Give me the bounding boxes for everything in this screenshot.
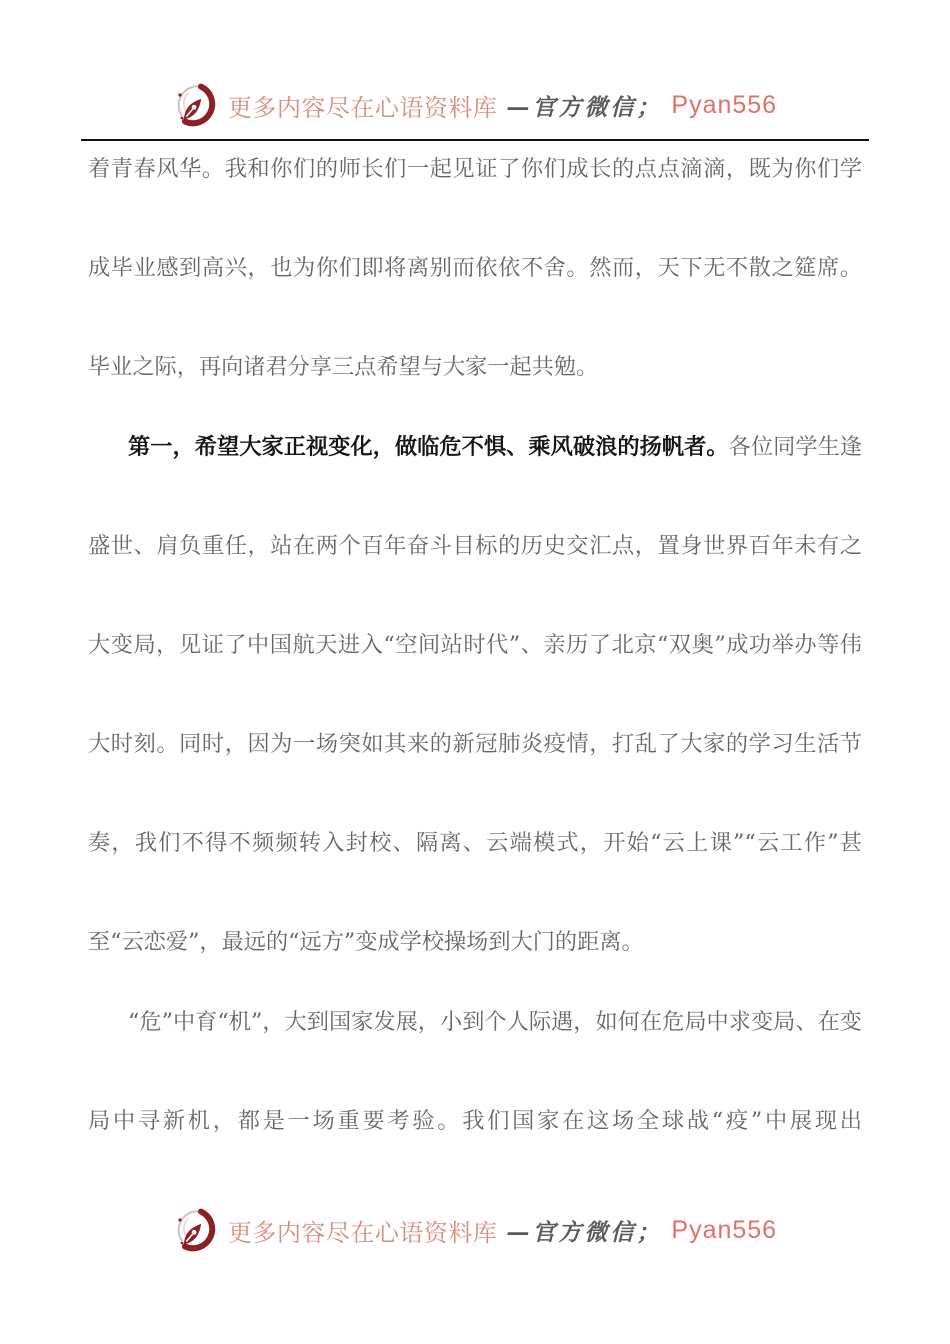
page-footer: 更多内容尽在心语资料库 —官方微信； Pyan556 — [0, 1205, 950, 1255]
paragraph: 着青春风华。我和你们的师长们一起见证了你们成长的点点滴滴，既为你们学成毕业感到高… — [88, 120, 862, 417]
official-wechat-label: —官方微信； — [506, 89, 662, 122]
text-run-bold: 第一，希望大家正视变化，做临危不惧、乘风破浪的扬帆者。 — [128, 434, 729, 460]
brand-text: 更多内容尽在心语资料库 — [228, 1213, 498, 1248]
wechat-id: Pyan556 — [671, 91, 777, 120]
official-wechat-label: —官方微信； — [506, 1214, 662, 1247]
paragraph: “危”中育“机”，大到国家发展，小到个人际遇，如何在危局中求变局、在变局中寻新机… — [88, 973, 862, 1171]
pen-nib-logo-icon — [173, 1207, 219, 1253]
text-run: “危”中育“机”，大到国家发展，小到个人际遇，如何在危局中求变局、在变局中寻新机… — [88, 1009, 862, 1134]
text-run: 着青春风华。我和你们的师长们一起见证了你们成长的点点滴滴，既为你们学成毕业感到高… — [88, 156, 862, 380]
document-body: 着青春风华。我和你们的师长们一起见证了你们成长的点点滴滴，既为你们学成毕业感到高… — [88, 120, 862, 1171]
paragraph: 第一，希望大家正视变化，做临危不惧、乘风破浪的扬帆者。各位同学生逢盛世、肩负重任… — [88, 398, 862, 992]
document-page: 更多内容尽在心语资料库 —官方微信； Pyan556 着青春风华。我和你们的师长… — [0, 0, 950, 1344]
text-run: 各位同学生逢盛世、肩负重任，站在两个百年奋斗目标的历史交汇点，置身世界百年未有之… — [88, 434, 862, 955]
brand-text: 更多内容尽在心语资料库 — [228, 88, 498, 123]
wechat-id: Pyan556 — [671, 1216, 777, 1245]
